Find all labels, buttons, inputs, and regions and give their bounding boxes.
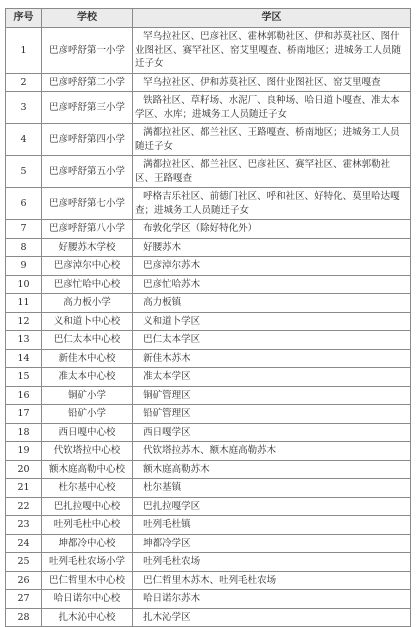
table-header: 序号 学校 学区 xyxy=(6,9,411,28)
district-list: 吐列毛杜镇 xyxy=(133,516,411,535)
row-number: 9 xyxy=(6,257,42,276)
table-row: 16 铜矿小学 铜矿管理区 xyxy=(6,386,411,405)
row-number: 10 xyxy=(6,275,42,294)
row-number: 24 xyxy=(6,534,42,553)
header-cell-district: 学区 xyxy=(133,9,411,28)
district-list: 铁路社区、草籽场、水泥厂、良种场、哈日道卜嘎查、准太本学区、水库；进城务工人员随… xyxy=(133,92,411,124)
header-row: 序号 学校 学区 xyxy=(6,9,411,28)
row-number: 3 xyxy=(6,92,42,124)
district-list: 好腰苏木 xyxy=(133,238,411,257)
row-number: 16 xyxy=(6,386,42,405)
district-list: 满都拉社区、都兰社区、王路嘎查、桥南地区；进城务工人员随迁子女 xyxy=(133,124,411,156)
row-number: 11 xyxy=(6,294,42,313)
page: 序号 学校 学区 1 巴彦呼舒第一小学 罕乌拉社区、巴彦社区、霍林郭勒社区、伊和… xyxy=(0,0,416,599)
table-row: 24 坤都冷中心校 坤都冷学区 xyxy=(6,534,411,553)
row-number: 6 xyxy=(6,188,42,220)
school-name: 吐列毛杜中心校 xyxy=(42,516,133,535)
row-number: 14 xyxy=(6,349,42,368)
district-list: 罕乌拉社区、巴彦社区、霍林郭勒社区、伊和苏莫社区、图什业图社区、赛罕社区、窑艾里… xyxy=(133,28,411,74)
table-row: 2 巴彦呼舒第二小学 罕乌拉社区、伊和苏莫社区、图什业图社区、窑艾里嘎查 xyxy=(6,73,411,92)
school-name: 杜尔基中心校 xyxy=(42,479,133,498)
district-list: 铜矿管理区 xyxy=(133,386,411,405)
school-name: 西日嘎中心校 xyxy=(42,423,133,442)
header-cell-school: 学校 xyxy=(42,9,133,28)
row-number: 22 xyxy=(6,497,42,516)
row-number: 15 xyxy=(6,368,42,387)
school-name: 巴彦忙哈中心校 xyxy=(42,275,133,294)
district-list: 巴彦淖尔苏木 xyxy=(133,257,411,276)
table-row: 9 巴彦淖尔中心校 巴彦淖尔苏木 xyxy=(6,257,411,276)
row-number: 5 xyxy=(6,156,42,188)
table-row: 21 杜尔基中心校 杜尔基镇 xyxy=(6,479,411,498)
row-number: 17 xyxy=(6,405,42,424)
district-list: 巴仁哲里木苏木、吐列毛杜农场 xyxy=(133,571,411,590)
district-list: 杜尔基镇 xyxy=(133,479,411,498)
table-row: 26 巴仁哲里木中心校 巴仁哲里木苏木、吐列毛杜农场 xyxy=(6,571,411,590)
school-name: 巴彦呼舒第二小学 xyxy=(42,73,133,92)
row-number: 25 xyxy=(6,553,42,572)
table-row: 28 扎木沁中心校 扎木沁学区 xyxy=(6,608,411,627)
district-list: 哈日诺尔苏木 xyxy=(133,590,411,609)
table-row: 25 吐列毛杜农场小学 吐列毛杜农场 xyxy=(6,553,411,572)
row-number: 4 xyxy=(6,124,42,156)
row-number: 27 xyxy=(6,590,42,609)
row-number: 23 xyxy=(6,516,42,535)
school-name: 额木庭高勒中心校 xyxy=(42,460,133,479)
district-list: 坤都冷学区 xyxy=(133,534,411,553)
district-list: 扎木沁学区 xyxy=(133,608,411,627)
row-number: 12 xyxy=(6,312,42,331)
table-row: 23 吐列毛杜中心校 吐列毛杜镇 xyxy=(6,516,411,535)
table-row: 5 巴彦呼舒第五小学 满都拉社区、都兰社区、巴彦社区、赛罕社区、霍林郭勒社区、王… xyxy=(6,156,411,188)
school-name: 新佳木中心校 xyxy=(42,349,133,368)
table-row: 3 巴彦呼舒第三小学 铁路社区、草籽场、水泥厂、良种场、哈日道卜嘎查、准太本学区… xyxy=(6,92,411,124)
school-name: 高力板小学 xyxy=(42,294,133,313)
school-name: 巴扎拉嘎中心校 xyxy=(42,497,133,516)
row-number: 13 xyxy=(6,331,42,350)
table-row: 4 巴彦呼舒第四小学 满都拉社区、都兰社区、王路嘎查、桥南地区；进城务工人员随迁… xyxy=(6,124,411,156)
table-row: 8 好腰苏木学校 好腰苏木 xyxy=(6,238,411,257)
school-name: 哈日诺尔中心校 xyxy=(42,590,133,609)
school-name: 准太本中心校 xyxy=(42,368,133,387)
school-name: 巴彦呼舒第一小学 xyxy=(42,28,133,74)
table-row: 14 新佳木中心校 新佳木苏木 xyxy=(6,349,411,368)
row-number: 21 xyxy=(6,479,42,498)
table-row: 7 巴彦呼舒第八小学 布敦化学区（除好特化外） xyxy=(6,220,411,239)
row-number: 19 xyxy=(6,442,42,461)
header-cell-no: 序号 xyxy=(6,9,42,28)
district-list: 布敦化学区（除好特化外） xyxy=(133,220,411,239)
school-name: 义和道卜中心校 xyxy=(42,312,133,331)
school-district-table: 序号 学校 学区 1 巴彦呼舒第一小学 罕乌拉社区、巴彦社区、霍林郭勒社区、伊和… xyxy=(5,8,411,627)
district-list: 西日嘎学区 xyxy=(133,423,411,442)
row-number: 1 xyxy=(6,28,42,74)
table-row: 22 巴扎拉嘎中心校 巴扎拉嘎学区 xyxy=(6,497,411,516)
row-number: 28 xyxy=(6,608,42,627)
table-row: 20 额木庭高勒中心校 额木庭高勒苏木 xyxy=(6,460,411,479)
table-body: 1 巴彦呼舒第一小学 罕乌拉社区、巴彦社区、霍林郭勒社区、伊和苏莫社区、图什业图… xyxy=(6,28,411,627)
district-list: 满都拉社区、都兰社区、巴彦社区、赛罕社区、霍林郭勒社区、王路嘎查 xyxy=(133,156,411,188)
district-list: 吐列毛杜农场 xyxy=(133,553,411,572)
district-list: 呼格吉乐社区、前德门社区、呼和社区、好特化、莫里哈达嘎查；进城务工人员随迁子女 xyxy=(133,188,411,220)
row-number: 18 xyxy=(6,423,42,442)
table-row: 19 代钦塔拉中心校 代钦塔拉苏木、额木庭高勒苏木 xyxy=(6,442,411,461)
district-list: 巴仁太本学区 xyxy=(133,331,411,350)
table-row: 15 准太本中心校 准太本学区 xyxy=(6,368,411,387)
row-number: 2 xyxy=(6,73,42,92)
school-name: 巴仁哲里木中心校 xyxy=(42,571,133,590)
school-name: 代钦塔拉中心校 xyxy=(42,442,133,461)
school-name: 铅矿小学 xyxy=(42,405,133,424)
table-row: 18 西日嘎中心校 西日嘎学区 xyxy=(6,423,411,442)
district-list: 额木庭高勒苏木 xyxy=(133,460,411,479)
district-list: 高力板镇 xyxy=(133,294,411,313)
district-list: 代钦塔拉苏木、额木庭高勒苏木 xyxy=(133,442,411,461)
table-row: 13 巴仁太本中心校 巴仁太本学区 xyxy=(6,331,411,350)
row-number: 7 xyxy=(6,220,42,239)
school-name: 巴彦呼舒第八小学 xyxy=(42,220,133,239)
school-name: 巴彦呼舒第四小学 xyxy=(42,124,133,156)
school-name: 铜矿小学 xyxy=(42,386,133,405)
district-list: 巴彦忙哈苏木 xyxy=(133,275,411,294)
district-list: 铅矿管理区 xyxy=(133,405,411,424)
district-list: 义和道卜学区 xyxy=(133,312,411,331)
school-name: 吐列毛杜农场小学 xyxy=(42,553,133,572)
table-row: 11 高力板小学 高力板镇 xyxy=(6,294,411,313)
school-name: 巴彦呼舒第七小学 xyxy=(42,188,133,220)
school-name: 巴彦呼舒第五小学 xyxy=(42,156,133,188)
district-list: 巴扎拉嘎学区 xyxy=(133,497,411,516)
school-name: 好腰苏木学校 xyxy=(42,238,133,257)
school-name: 巴彦呼舒第三小学 xyxy=(42,92,133,124)
table-row: 12 义和道卜中心校 义和道卜学区 xyxy=(6,312,411,331)
row-number: 20 xyxy=(6,460,42,479)
school-name: 坤都冷中心校 xyxy=(42,534,133,553)
school-name: 巴彦淖尔中心校 xyxy=(42,257,133,276)
school-name: 扎木沁中心校 xyxy=(42,608,133,627)
table-row: 10 巴彦忙哈中心校 巴彦忙哈苏木 xyxy=(6,275,411,294)
table-row: 1 巴彦呼舒第一小学 罕乌拉社区、巴彦社区、霍林郭勒社区、伊和苏莫社区、图什业图… xyxy=(6,28,411,74)
district-list: 罕乌拉社区、伊和苏莫社区、图什业图社区、窑艾里嘎查 xyxy=(133,73,411,92)
school-name: 巴仁太本中心校 xyxy=(42,331,133,350)
district-list: 新佳木苏木 xyxy=(133,349,411,368)
row-number: 8 xyxy=(6,238,42,257)
row-number: 26 xyxy=(6,571,42,590)
table-row: 17 铅矿小学 铅矿管理区 xyxy=(6,405,411,424)
table-row: 6 巴彦呼舒第七小学 呼格吉乐社区、前德门社区、呼和社区、好特化、莫里哈达嘎查；… xyxy=(6,188,411,220)
district-list: 准太本学区 xyxy=(133,368,411,387)
